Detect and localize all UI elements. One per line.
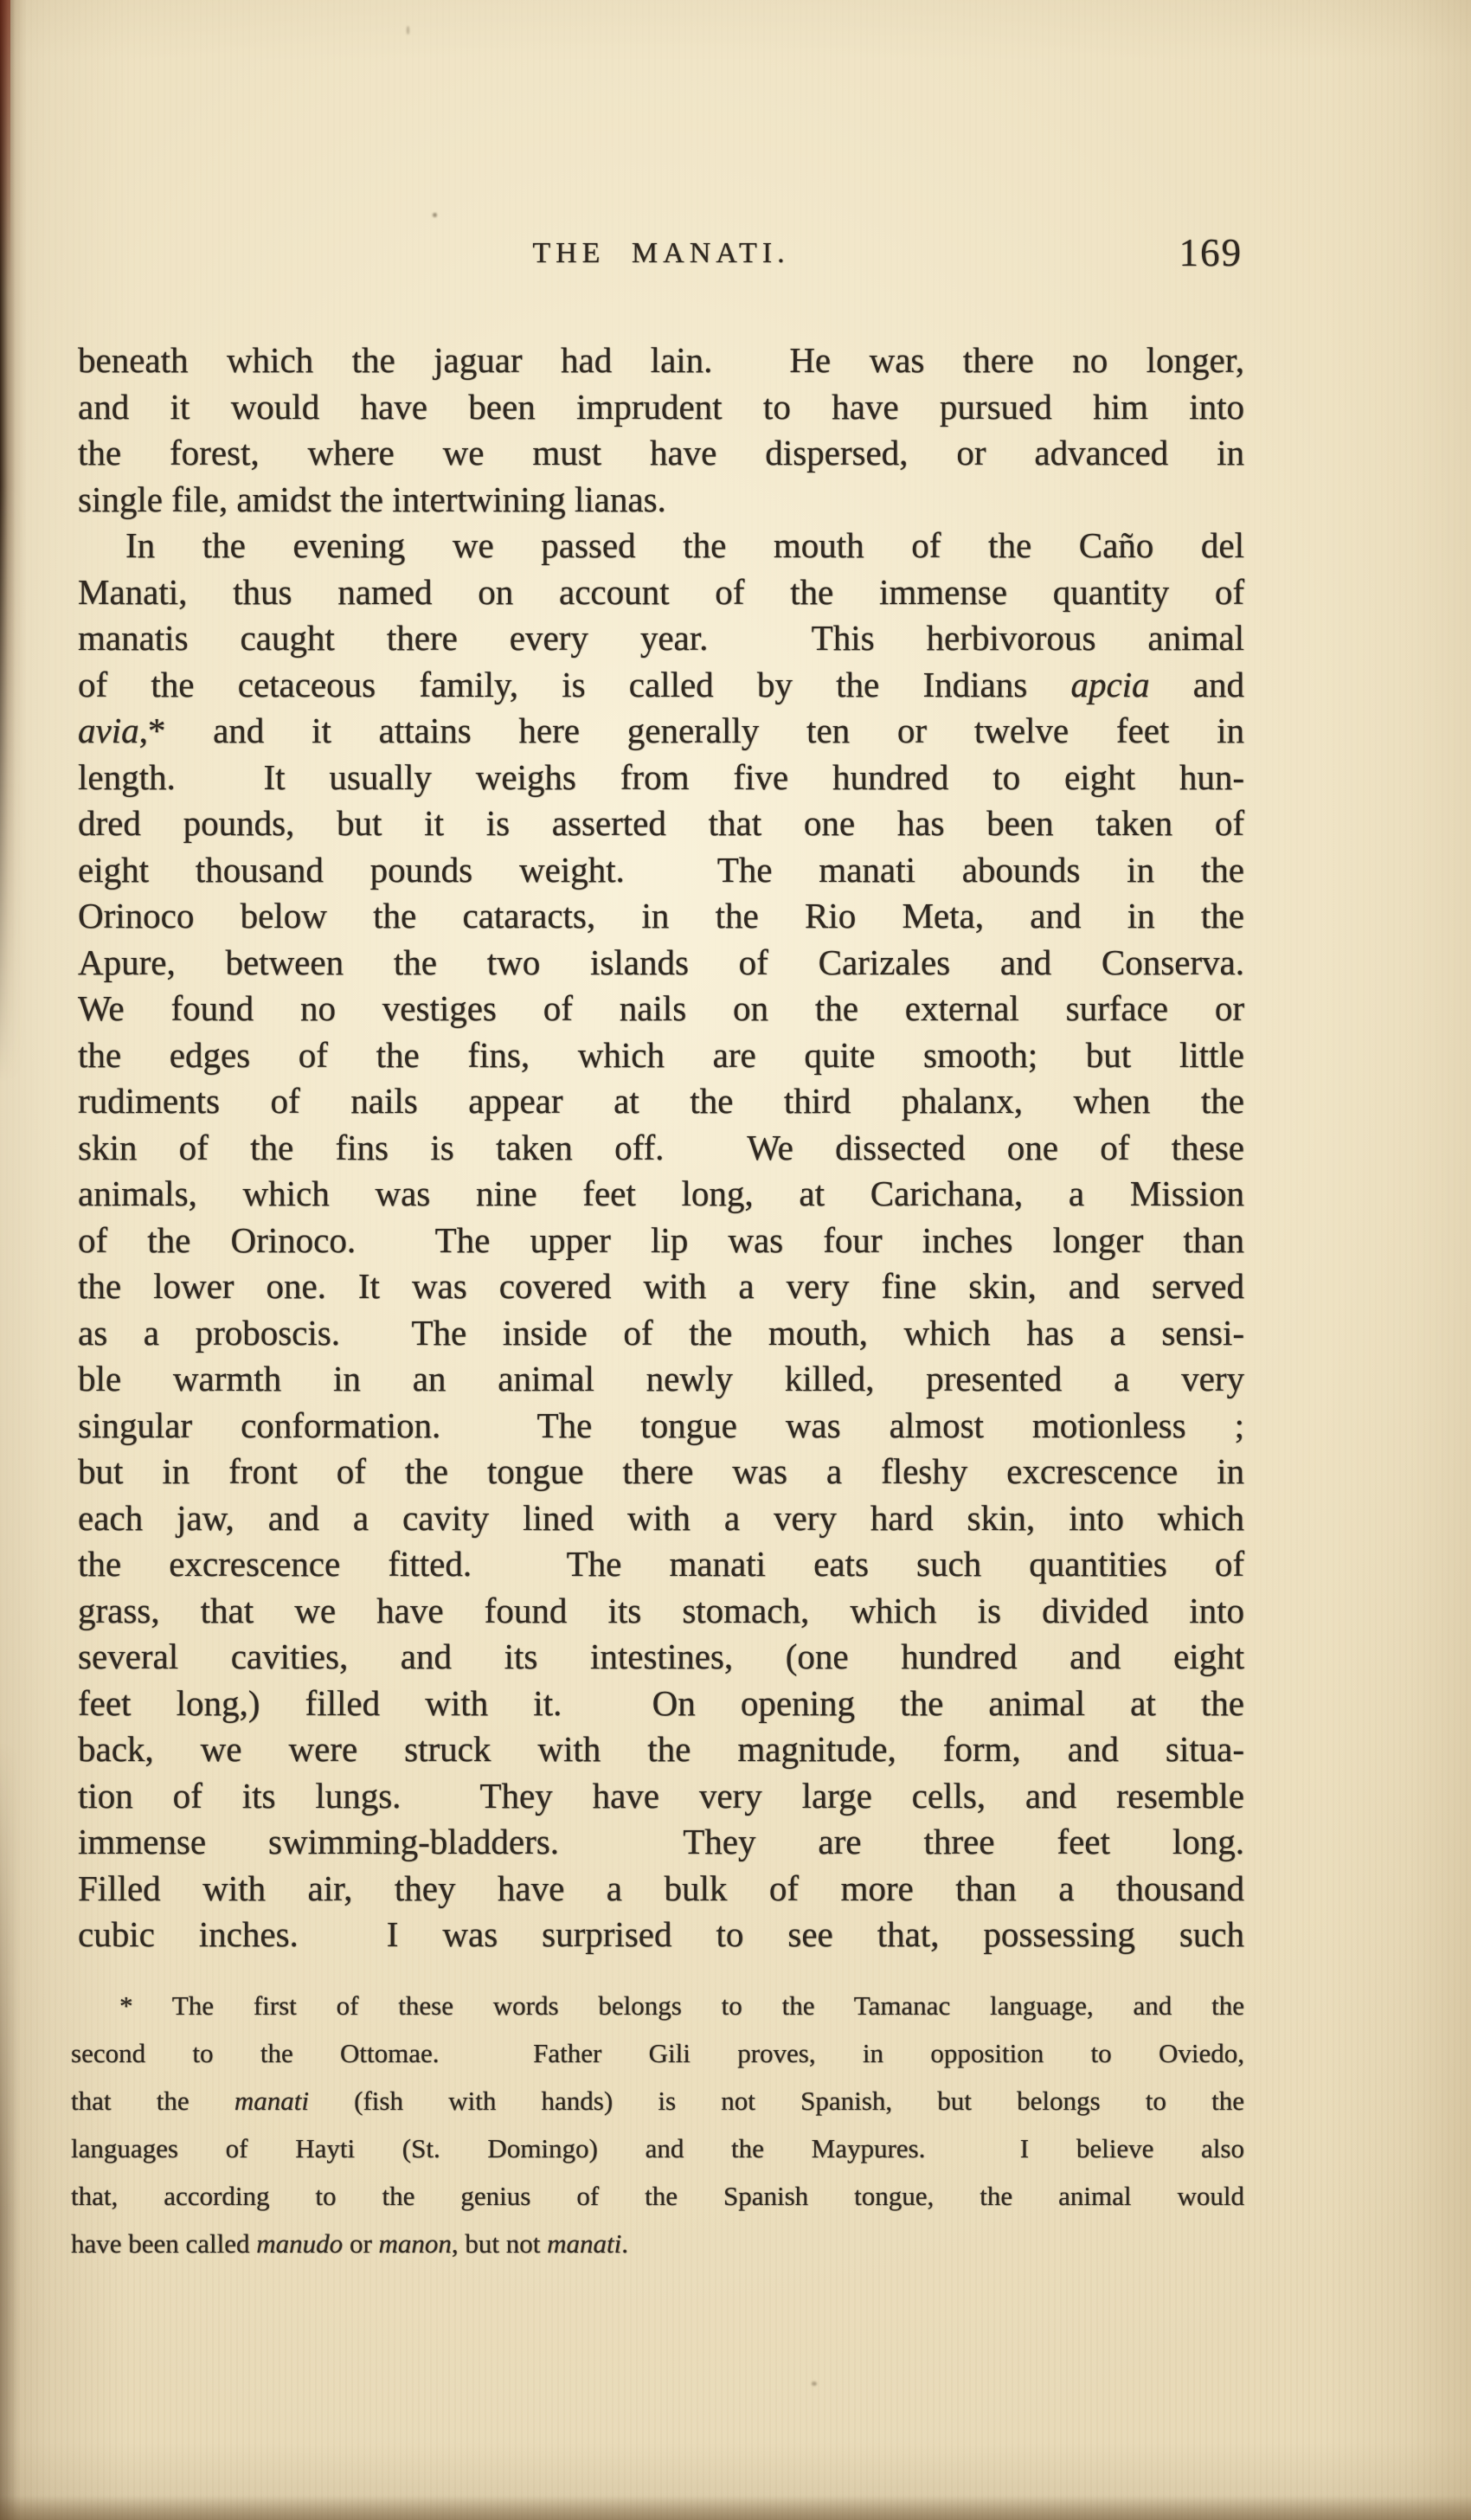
scan-left-edge-shadow bbox=[0, 0, 26, 1082]
body-text-line: but in front of the tongue there was a f… bbox=[78, 1449, 1244, 1495]
body-text-line: length. It usually weighs from five hund… bbox=[78, 755, 1244, 801]
body-text-line: dred pounds, but it is asserted that one… bbox=[78, 800, 1244, 847]
body-text-line: of the cetaceous family, is called by th… bbox=[78, 662, 1244, 709]
body-text-line: Manati, thus named on account of the imm… bbox=[78, 569, 1244, 616]
footnote-line: have been called manudo or manon, but no… bbox=[71, 2220, 1244, 2267]
body-text-line: grass, that we have found its stomach, w… bbox=[78, 1588, 1244, 1635]
body-text-line: manatis caught there every year. This he… bbox=[78, 615, 1244, 662]
body-text-line: each jaw, and a cavity lined with a very… bbox=[78, 1495, 1244, 1542]
body-text-line: feet long,) filled with it. On opening t… bbox=[78, 1681, 1244, 1727]
italic-word: apcia bbox=[1070, 665, 1149, 704]
body-text: beneath which the jaguar had lain. He wa… bbox=[78, 337, 1244, 1958]
body-text-line: rudiments of nails appear at the third p… bbox=[78, 1078, 1244, 1125]
body-text-line: immense swimming-bladders. They are thre… bbox=[78, 1819, 1244, 1866]
body-text-line: back, we were struck with the magnitude,… bbox=[78, 1726, 1244, 1773]
body-text-line: Filled with air, they have a bulk of mor… bbox=[78, 1866, 1244, 1912]
body-text-line: of the Orinoco. The upper lip was four i… bbox=[78, 1218, 1244, 1264]
running-header-title: THE MANATI. bbox=[78, 237, 1244, 270]
page-number: 169 bbox=[1179, 230, 1243, 275]
italic-word: manati bbox=[547, 2228, 621, 2259]
body-text-line: Apure, between the two islands of Cariza… bbox=[78, 940, 1244, 987]
body-text-line: singular conformation. The tongue was al… bbox=[78, 1403, 1244, 1450]
body-text-line: avia,* and it attains here generally ten… bbox=[78, 708, 1244, 755]
body-text-line: the edges of the fins, which are quite s… bbox=[78, 1032, 1244, 1079]
book-page-scan: THE MANATI. 169 beneath which the jaguar… bbox=[0, 0, 1471, 2520]
italic-word: manudo bbox=[256, 2228, 343, 2259]
body-text-line: skin of the fins is taken off. We dissec… bbox=[78, 1125, 1244, 1172]
body-text-line: the excrescence fitted. The manati eats … bbox=[78, 1541, 1244, 1588]
footnote-line: second to the Ottomae. Father Gili prove… bbox=[71, 2029, 1244, 2077]
body-text-line: and it would have been imprudent to have… bbox=[78, 384, 1244, 431]
scan-left-edge-lower-shadow bbox=[0, 1741, 19, 2520]
body-text-line: the lower one. It was covered with a ver… bbox=[78, 1263, 1244, 1310]
scan-bottom-shadow bbox=[0, 2496, 1471, 2520]
body-text-line: We found no vestiges of nails on the ext… bbox=[78, 986, 1244, 1032]
italic-word: manati bbox=[234, 2086, 309, 2116]
paper-speck bbox=[812, 2382, 817, 2386]
scan-left-edge-red-tint bbox=[0, 0, 10, 294]
paper-speck bbox=[433, 213, 437, 217]
page-header: THE MANATI. 169 bbox=[78, 237, 1244, 270]
body-text-line: eight thousand pounds weight. The manati… bbox=[78, 847, 1244, 894]
body-text-line: as a proboscis. The inside of the mouth,… bbox=[78, 1310, 1244, 1357]
footnote-line: that the manati (fish with hands) is not… bbox=[71, 2077, 1244, 2125]
body-text-line: single file, amidst the intertwining lia… bbox=[78, 477, 1244, 524]
footnote-line: languages of Hayti (St. Domingo) and the… bbox=[71, 2125, 1244, 2172]
body-text-line: Orinoco below the cataracts, in the Rio … bbox=[78, 893, 1244, 940]
italic-word: manon bbox=[379, 2228, 452, 2259]
paper-speck bbox=[407, 26, 409, 35]
body-text-line: In the evening we passed the mouth of th… bbox=[78, 523, 1244, 569]
footnote: * The first of these words belongs to th… bbox=[71, 1982, 1244, 2267]
footnote-line: * The first of these words belongs to th… bbox=[71, 1982, 1244, 2029]
body-text-line: the forest, where we must have dispersed… bbox=[78, 430, 1244, 477]
body-text-line: cubic inches. I was surprised to see tha… bbox=[78, 1912, 1244, 1958]
body-text-line: tion of its lungs. They have very large … bbox=[78, 1773, 1244, 1820]
body-text-line: several cavities, and its intestines, (o… bbox=[78, 1634, 1244, 1681]
footnote-line: that, according to the genius of the Spa… bbox=[71, 2172, 1244, 2220]
body-text-line: beneath which the jaguar had lain. He wa… bbox=[78, 337, 1244, 384]
body-text-line: ble warmth in an animal newly killed, pr… bbox=[78, 1356, 1244, 1403]
body-text-line: animals, which was nine feet long, at Ca… bbox=[78, 1171, 1244, 1218]
italic-word: avia bbox=[78, 710, 139, 750]
